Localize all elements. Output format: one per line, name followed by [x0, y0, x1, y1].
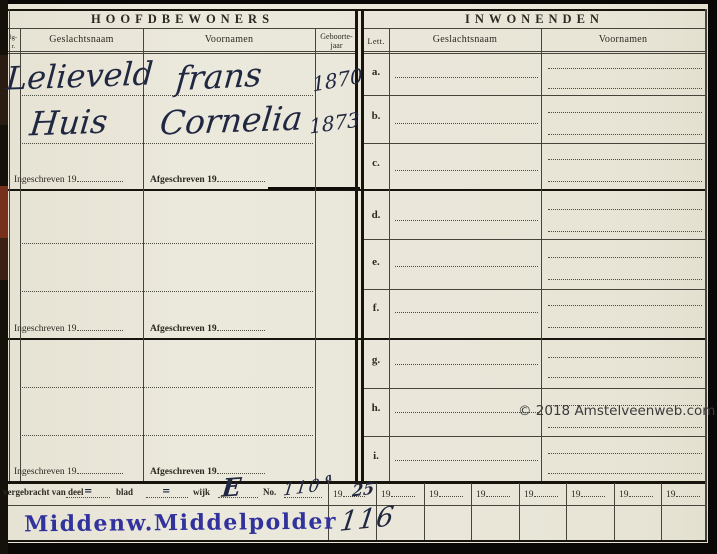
- dotted-leader: [439, 487, 463, 497]
- afgeschreven-label: Afgeschreven 19: [150, 172, 265, 185]
- dotted-writing-line: [395, 123, 538, 124]
- ingeschreven-label: Ingeschreven 19: [14, 172, 123, 185]
- handwritten-surname-2: Huis: [28, 105, 109, 141]
- dotted-writing-line: [548, 68, 702, 69]
- grid-line: [519, 483, 520, 540]
- column-header-lett: Lett.: [363, 36, 389, 46]
- letter-row-label: b.: [363, 110, 389, 122]
- dotted-leader: [66, 497, 110, 498]
- dotted-leader: [581, 487, 605, 497]
- dotted-writing-line: [22, 291, 313, 292]
- dotted-writing-line: [548, 209, 702, 210]
- dotted-leader: [629, 487, 653, 497]
- year-label: 19: [571, 490, 581, 500]
- inwonenden-title: INWONENDEN: [362, 12, 707, 27]
- dotted-writing-line: [548, 473, 702, 474]
- dotted-writing-line: [395, 170, 538, 171]
- handwritten-firstname-1: frans: [175, 58, 264, 96]
- dotted-writing-line: [548, 453, 702, 454]
- dotted-writing-line: [548, 327, 702, 328]
- pen-stroke: [268, 187, 360, 190]
- dotted-writing-line: [395, 220, 538, 221]
- afgeschreven-label: Afgeschreven 19: [150, 464, 265, 477]
- binding-mark-red: [0, 186, 8, 238]
- handwritten-surname-1: Lelieveld: [5, 57, 154, 94]
- year-label: 19: [524, 490, 534, 500]
- grid-line: [362, 53, 707, 54]
- ingeschreven-text: Ingeschreven 19: [14, 175, 77, 185]
- dotted-writing-line: [395, 266, 538, 267]
- clipped-column-header: lg- r.: [8, 33, 19, 51]
- dotted-writing-line: [22, 143, 313, 144]
- dotted-leader: [217, 321, 265, 331]
- grid-line: [661, 483, 662, 540]
- dotted-writing-line: [548, 159, 702, 160]
- letter-row-label: d.: [363, 209, 389, 221]
- column-header-voornamen: Voornamen: [143, 34, 315, 45]
- grid-line: [362, 28, 707, 29]
- grid-line: [566, 483, 567, 540]
- column-header-voornamen: Voornamen: [541, 34, 705, 45]
- ingeschreven-label: Ingeschreven 19: [14, 321, 123, 334]
- dotted-leader: [146, 497, 188, 498]
- year-label: 19: [619, 490, 629, 500]
- grid-line: [364, 388, 705, 389]
- dotted-leader: [217, 172, 265, 182]
- grid-line: [364, 239, 705, 240]
- clipped-header-text: lg-: [10, 34, 17, 41]
- dotted-leader: [77, 172, 123, 182]
- handwritten-birthyear-2: 1873: [309, 109, 360, 136]
- letter-row-label: f.: [363, 302, 389, 314]
- grid-line: [8, 540, 707, 542]
- afgeschreven-text: Afgeschreven 19: [150, 467, 217, 477]
- wijk-label: wijk: [193, 487, 210, 497]
- year-cell: 19: [666, 487, 700, 500]
- year-cell: 19: [619, 487, 653, 500]
- dotted-leader: [534, 487, 558, 497]
- dotted-writing-line: [395, 460, 538, 461]
- dotted-writing-line: [548, 231, 702, 232]
- year-cell: 19: [381, 487, 415, 500]
- letter-row-label: h.: [363, 402, 389, 414]
- grid-line: [362, 51, 707, 52]
- geboortejaar-line1: Geboorte-: [320, 32, 352, 41]
- binding-mark: [0, 238, 8, 280]
- year-cell: 19: [571, 487, 605, 500]
- dotted-writing-line: [548, 357, 702, 358]
- scanned-register-card: HOOFDBEWONERS lg- r. Geslachtsnaam Voorn…: [0, 0, 717, 554]
- grid-line: [364, 143, 705, 144]
- year-cell: 19: [524, 487, 558, 500]
- year-label: 19: [429, 490, 439, 500]
- column-header-geboortejaar: Geboorte- jaar: [315, 32, 358, 50]
- dotted-writing-line: [22, 435, 313, 436]
- column-header-geslachtsnaam: Geslachtsnaam: [20, 34, 143, 45]
- grid-line: [614, 483, 615, 540]
- letter-row-label: e.: [363, 256, 389, 268]
- dotted-writing-line: [548, 427, 702, 428]
- year-label: 19: [333, 490, 343, 500]
- grid-line: [8, 51, 357, 52]
- ingeschreven-text: Ingeschreven 19: [14, 324, 77, 334]
- grid-line: [364, 289, 705, 290]
- grid-line: [705, 9, 707, 540]
- dotted-writing-line: [22, 243, 313, 244]
- dotted-writing-line: [548, 257, 702, 258]
- clipped-header-text: r.: [12, 43, 15, 50]
- dotted-writing-line: [548, 88, 702, 89]
- dotted-writing-line: [395, 412, 538, 413]
- municipality-stamp: Middenw.Middelpolder: [24, 509, 337, 538]
- grid-line: [424, 483, 425, 540]
- grid-line: [8, 28, 357, 29]
- afgeschreven-text: Afgeschreven 19: [150, 175, 217, 185]
- afgeschreven-text: Afgeschreven 19: [150, 324, 217, 334]
- year-label: 19: [666, 490, 676, 500]
- letter-row-label: g.: [363, 354, 389, 366]
- watermark: © 2018 Amstelveenweb.com: [518, 403, 715, 419]
- dotted-writing-line: [548, 134, 702, 135]
- handwritten-firstname-2: Cornelia: [158, 101, 304, 139]
- dotted-leader: [486, 487, 510, 497]
- dotted-writing-line: [395, 77, 538, 78]
- blad-label: blad: [116, 487, 133, 497]
- dotted-leader: [391, 487, 415, 497]
- dotted-writing-line: [548, 305, 702, 306]
- dotted-writing-line: [548, 181, 702, 182]
- geboortejaar-line2: jaar: [331, 41, 343, 50]
- ditto-mark: =: [162, 487, 170, 497]
- handwritten-wijk: E: [221, 474, 243, 501]
- column-header-geslachtsnaam: Geslachtsnaam: [389, 34, 541, 45]
- year-cell: 19: [476, 487, 510, 500]
- dotted-writing-line: [548, 112, 702, 113]
- letter-row-label: a.: [363, 66, 389, 78]
- hoofdbewoners-title: HOOFDBEWONERS: [8, 12, 357, 27]
- transfer-label: vergebracht van deel: [3, 487, 83, 497]
- dotted-writing-line: [395, 364, 538, 365]
- letter-row-label: i.: [363, 450, 389, 462]
- dotted-leader: [77, 464, 123, 474]
- grid-line: [364, 436, 705, 437]
- dotted-writing-line: [22, 387, 313, 388]
- grid-line: [364, 95, 705, 96]
- handwritten-year: 25: [352, 480, 375, 499]
- dotted-writing-line: [548, 377, 702, 378]
- year-label: 19: [381, 490, 391, 500]
- year-label: 19: [476, 490, 486, 500]
- ditto-mark: =: [84, 487, 92, 497]
- dotted-writing-line: [548, 279, 702, 280]
- dotted-leader: [77, 321, 123, 331]
- grid-line: [8, 53, 357, 54]
- ingeschreven-text: Ingeschreven 19: [14, 467, 77, 477]
- ingeschreven-label: Ingeschreven 19: [14, 464, 123, 477]
- handwritten-number: 116: [338, 503, 396, 536]
- dotted-leader: [676, 487, 700, 497]
- dotted-writing-line: [395, 312, 538, 313]
- afgeschreven-label: Afgeschreven 19: [150, 321, 265, 334]
- no-label: No.: [263, 487, 276, 497]
- grid-line: [471, 483, 472, 540]
- year-cell: 19: [429, 487, 463, 500]
- letter-row-label: c.: [363, 157, 389, 169]
- handwritten-house-number: 110: [282, 477, 322, 499]
